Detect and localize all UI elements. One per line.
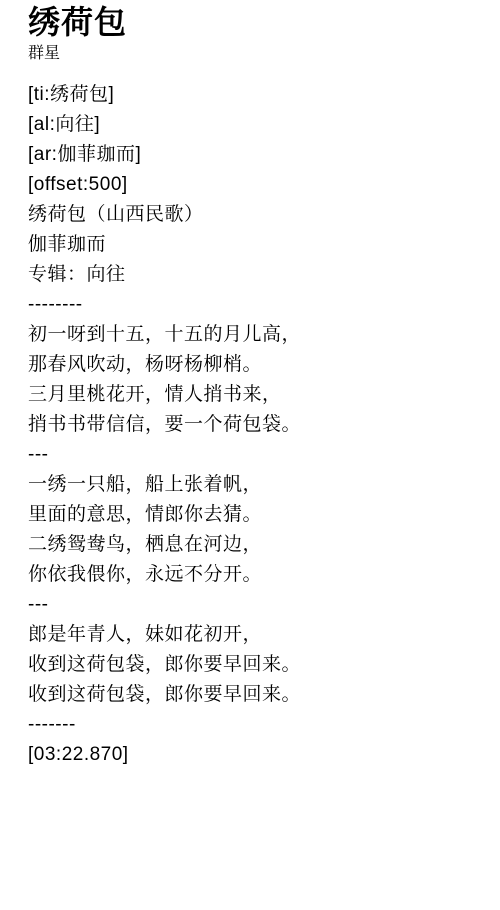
divider-line: --- (28, 440, 480, 470)
lyric-line: [ar:伽菲珈而] (28, 140, 480, 170)
lyric-line: 收到这荷包袋，郎你要早回来。 (28, 680, 480, 710)
lyric-line: 收到这荷包袋，郎你要早回来。 (28, 650, 480, 680)
lyric-line: [offset:500] (28, 170, 480, 200)
lyric-line: 里面的意思，情郎你去猜。 (28, 500, 480, 530)
divider-line: --- (28, 590, 480, 620)
lyric-line: 郎是年青人，妹如花初开， (28, 620, 480, 650)
lyric-line: 三月里桃花开，情人捎书来， (28, 380, 480, 410)
lyric-line: [al:向往] (28, 110, 480, 140)
lyric-line: 一绣一只船，船上张着帆， (28, 470, 480, 500)
lyrics-lines: [ti:绣荷包][al:向往][ar:伽菲珈而][offset:500]绣荷包（… (28, 80, 480, 770)
lyric-line: [03:22.870] (28, 740, 480, 770)
lyrics-page: 绣荷包 群星 [ti:绣荷包][al:向往][ar:伽菲珈而][offset:5… (0, 0, 500, 770)
page-title: 绣荷包 (28, 2, 480, 42)
lyric-line: 捎书书带信信，要一个荷包袋。 (28, 410, 480, 440)
divider-line: -------- (28, 290, 480, 320)
lyric-line: 初一呀到十五，十五的月儿高， (28, 320, 480, 350)
lyric-line: 二绣鸳鸯鸟，栖息在河边， (28, 530, 480, 560)
lyric-line: 你依我偎你，永远不分开。 (28, 560, 480, 590)
divider-line: ------- (28, 710, 480, 740)
lyric-line: [ti:绣荷包] (28, 80, 480, 110)
artist-name: 群星 (28, 42, 480, 66)
lyric-line: 那春风吹动，杨呀杨柳梢。 (28, 350, 480, 380)
lyric-line: 绣荷包（山西民歌） (28, 200, 480, 230)
lyric-line: 专辑：向往 (28, 260, 480, 290)
lyric-line: 伽菲珈而 (28, 230, 480, 260)
